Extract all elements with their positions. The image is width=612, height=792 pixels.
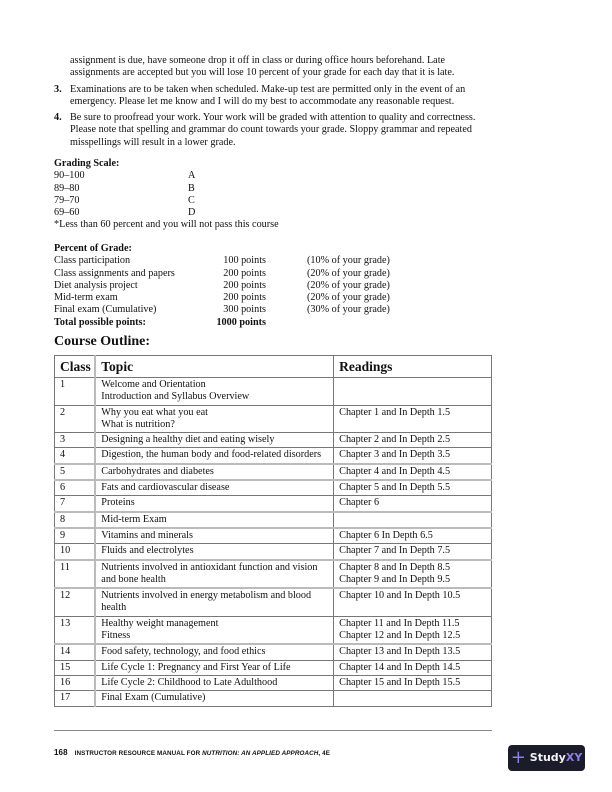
footer-title-prefix: INSTRUCTOR RESOURCE MANUAL FOR [75,750,202,757]
class-number: 14 [55,644,96,660]
table-row: 10Fluids and electrolytesChapter 7 and I… [55,544,492,560]
table-row: 5Carbohydrates and diabetesChapter 4 and… [55,464,492,480]
topic-text: Fats and cardiovascular disease [101,482,328,494]
topic-cell: Fluids and electrolytes [95,544,333,560]
grade-range: 90–100 [54,170,188,182]
topic-text: Life Cycle 1: Pregnancy and First Year o… [101,662,328,674]
reading-text: Chapter 7 and In Depth 7.5 [339,545,486,557]
reading-text: Chapter 1 and In Depth 1.5 [339,407,486,419]
readings-cell: Chapter 6 [334,496,492,512]
grading-row: 89–80 B [54,183,494,195]
grading-note: *Less than 60 percent and you will not p… [54,219,494,231]
class-number: 2 [55,405,96,433]
topic-cell: Carbohydrates and diabetes [95,464,333,480]
readings-cell: Chapter 4 and In Depth 4.5 [334,464,492,480]
rule-continuation: assignment is due, have someone drop it … [54,55,494,80]
reading-text: Chapter 10 and In Depth 10.5 [339,590,486,602]
page-footer: 168INSTRUCTOR RESOURCE MANUAL FOR NUTRIT… [54,747,330,760]
table-row: 3Designing a healthy diet and eating wis… [55,433,492,448]
grade-component-row: Diet analysis project 200 points (20% of… [54,280,494,292]
topic-cell: Life Cycle 2: Childhood to Late Adulthoo… [95,675,333,690]
component-name: Final exam (Cumulative) [54,304,206,316]
document-page: assignment is due, have someone drop it … [0,0,612,792]
readings-cell: Chapter 11 and In Depth 11.5Chapter 12 a… [334,616,492,644]
topic-cell: Proteins [95,496,333,512]
grade-letter: C [188,195,195,207]
table-row: 2Why you eat what you eatWhat is nutriti… [55,405,492,433]
component-percent: (30% of your grade) [266,304,390,316]
reading-text: Chapter 8 and In Depth 8.5 [339,562,486,574]
table-row: 12Nutrients involved in energy metabolis… [55,588,492,616]
topic-cell: Nutrients involved in energy metabolism … [95,588,333,616]
topic-text: Healthy weight management [101,618,328,630]
footer-divider [54,730,492,731]
component-percent: (10% of your grade) [266,255,390,267]
rule-number: 3. [54,84,70,109]
class-number: 7 [55,496,96,512]
class-number: 6 [55,480,96,496]
table-row: 4Digestion, the human body and food-rela… [55,448,492,464]
table-row: 9Vitamins and mineralsChapter 6 In Depth… [55,528,492,544]
class-number: 10 [55,544,96,560]
reading-text: Chapter 6 [339,497,486,509]
total-label: Total possible points: [54,317,206,329]
course-outline-heading: Course Outline: [54,336,150,348]
topic-text: Designing a healthy diet and eating wise… [101,434,328,446]
studyxy-badge[interactable]: +StudyXY [508,745,585,771]
grade-letter: A [188,170,195,182]
page-number: 168 [54,748,68,757]
grade-letter: D [188,207,195,219]
rule-text: Examinations are to be taken when schedu… [70,84,494,109]
topic-text: Nutrients involved in antioxidant functi… [101,562,328,587]
topic-cell: Designing a healthy diet and eating wise… [95,433,333,448]
rule-item: 4. Be sure to proofread your work. Your … [54,112,494,149]
grade-component-row: Class participation 100 points (10% of y… [54,255,494,267]
readings-cell: Chapter 8 and In Depth 8.5Chapter 9 and … [334,560,492,589]
table-row: 1Welcome and OrientationIntroduction and… [55,378,492,406]
table-row: 13Healthy weight managementFitnessChapte… [55,616,492,644]
table-row: 16Life Cycle 2: Childhood to Late Adulth… [55,675,492,690]
reading-text: Chapter 4 and In Depth 4.5 [339,466,486,478]
reading-text: Chapter 2 and In Depth 2.5 [339,434,486,446]
readings-cell [334,378,492,406]
topic-cell: Life Cycle 1: Pregnancy and First Year o… [95,660,333,675]
column-header-readings: Readings [334,356,492,378]
topic-cell: Digestion, the human body and food-relat… [95,448,333,464]
grade-range: 89–80 [54,183,188,195]
readings-cell: Chapter 14 and In Depth 14.5 [334,660,492,675]
grade-letter: B [188,183,195,195]
topic-text: Proteins [101,497,328,509]
grading-scale-heading: Grading Scale: [54,158,494,170]
topic-cell: Mid-term Exam [95,512,333,528]
topic-cell: Why you eat what you eatWhat is nutritio… [95,405,333,433]
topic-text: Digestion, the human body and food-relat… [101,449,328,461]
grade-range: 69–60 [54,207,188,219]
readings-cell: Chapter 15 and In Depth 15.5 [334,675,492,690]
class-number: 9 [55,528,96,544]
topic-cell: Final Exam (Cumulative) [95,691,333,706]
percent-of-grade-heading: Percent of Grade: [54,243,494,255]
topic-cell: Food safety, technology, and food ethics [95,644,333,660]
footer-book-title: NUTRITION: AN APPLIED APPROACH [202,750,318,757]
class-number: 3 [55,433,96,448]
reading-text: Chapter 3 and In Depth 3.5 [339,449,486,461]
reading-text: Chapter 5 and In Depth 5.5 [339,482,486,494]
grade-range: 79–70 [54,195,188,207]
total-points: 1000 points [206,317,266,329]
reading-text: Chapter 11 and In Depth 11.5 [339,618,486,630]
grading-row: 79–70 C [54,195,494,207]
grade-component-row: Class assignments and papers 200 points … [54,268,494,280]
readings-cell: Chapter 13 and In Depth 13.5 [334,644,492,660]
readings-cell: Chapter 7 and In Depth 7.5 [334,544,492,560]
grading-row: 90–100 A [54,170,494,182]
class-number: 11 [55,560,96,589]
class-number: 15 [55,660,96,675]
plus-icon: + [511,749,526,767]
table-row: 6Fats and cardiovascular diseaseChapter … [55,480,492,496]
grade-component-row: Final exam (Cumulative) 300 points (30% … [54,304,494,316]
readings-cell: Chapter 2 and In Depth 2.5 [334,433,492,448]
component-points: 200 points [206,268,266,280]
readings-cell [334,512,492,528]
percent-of-grade: Percent of Grade: Class participation 10… [54,243,494,329]
table-row: 14Food safety, technology, and food ethi… [55,644,492,660]
table-row: 7ProteinsChapter 6 [55,496,492,512]
component-name: Class assignments and papers [54,268,206,280]
topic-text: Fluids and electrolytes [101,545,328,557]
reading-text: Chapter 9 and In Depth 9.5 [339,574,486,586]
class-number: 17 [55,691,96,706]
topic-text: Why you eat what you eat [101,407,328,419]
badge-text-main: Study [530,752,566,764]
class-number: 12 [55,588,96,616]
reading-text: Chapter 12 and In Depth 12.5 [339,630,486,642]
course-rules: assignment is due, have someone drop it … [54,55,494,149]
reading-text: Chapter 13 and In Depth 13.5 [339,646,486,658]
class-number: 1 [55,378,96,406]
class-number: 5 [55,464,96,480]
topic-cell: Vitamins and minerals [95,528,333,544]
grade-component-row: Mid-term exam 200 points (20% of your gr… [54,292,494,304]
topic-text: Final Exam (Cumulative) [101,692,328,704]
topic-text: Life Cycle 2: Childhood to Late Adulthoo… [101,677,328,689]
component-points: 200 points [206,280,266,292]
readings-cell: Chapter 10 and In Depth 10.5 [334,588,492,616]
readings-cell: Chapter 5 and In Depth 5.5 [334,480,492,496]
component-name: Mid-term exam [54,292,206,304]
grading-row: 69–60 D [54,207,494,219]
readings-cell: Chapter 6 In Depth 6.5 [334,528,492,544]
readings-cell: Chapter 1 and In Depth 1.5 [334,405,492,433]
component-percent: (20% of your grade) [266,280,390,292]
topic-text: Food safety, technology, and food ethics [101,646,328,658]
total-points-row: Total possible points: 1000 points [54,317,494,329]
footer-edition: , 4E [318,750,330,757]
rule-item: 3. Examinations are to be taken when sch… [54,84,494,109]
column-header-topic: Topic [95,356,333,378]
component-percent: (20% of your grade) [266,268,390,280]
class-number: 13 [55,616,96,644]
topic-cell: Nutrients involved in antioxidant functi… [95,560,333,589]
topic-text: Vitamins and minerals [101,530,328,542]
column-header-class: Class [55,356,96,378]
component-points: 300 points [206,304,266,316]
reading-text: Chapter 14 and In Depth 14.5 [339,662,486,674]
component-name: Class participation [54,255,206,267]
component-percent: (20% of your grade) [266,292,390,304]
topic-text: What is nutrition? [101,419,328,431]
topic-text: Nutrients involved in energy metabolism … [101,590,328,615]
rule-number: 4. [54,112,70,149]
readings-cell [334,691,492,706]
rule-text: Be sure to proofread your work. Your wor… [70,112,494,149]
topic-text: Carbohydrates and diabetes [101,466,328,478]
table-row: 15Life Cycle 1: Pregnancy and First Year… [55,660,492,675]
component-points: 100 points [206,255,266,267]
table-row: 17Final Exam (Cumulative) [55,691,492,706]
table-body: 1Welcome and OrientationIntroduction and… [55,378,492,707]
reading-text: Chapter 15 and In Depth 15.5 [339,677,486,689]
topic-text: Introduction and Syllabus Overview [101,391,328,403]
class-number: 8 [55,512,96,528]
badge-text-accent: XY [566,752,582,764]
topic-text: Mid-term Exam [101,514,328,526]
topic-text: Fitness [101,630,328,642]
class-number: 16 [55,675,96,690]
component-points: 200 points [206,292,266,304]
topic-cell: Fats and cardiovascular disease [95,480,333,496]
reading-text: Chapter 6 In Depth 6.5 [339,530,486,542]
class-number: 4 [55,448,96,464]
topic-cell: Healthy weight managementFitness [95,616,333,644]
topic-cell: Welcome and OrientationIntroduction and … [95,378,333,406]
table-row: 11Nutrients involved in antioxidant func… [55,560,492,589]
course-outline-table: Class Topic Readings 1Welcome and Orient… [54,355,492,707]
component-name: Diet analysis project [54,280,206,292]
table-row: 8Mid-term Exam [55,512,492,528]
grading-scale: Grading Scale: 90–100 A 89–80 B 79–70 C … [54,158,494,232]
topic-text: Welcome and Orientation [101,379,328,391]
table-header-row: Class Topic Readings [55,356,492,378]
readings-cell: Chapter 3 and In Depth 3.5 [334,448,492,464]
